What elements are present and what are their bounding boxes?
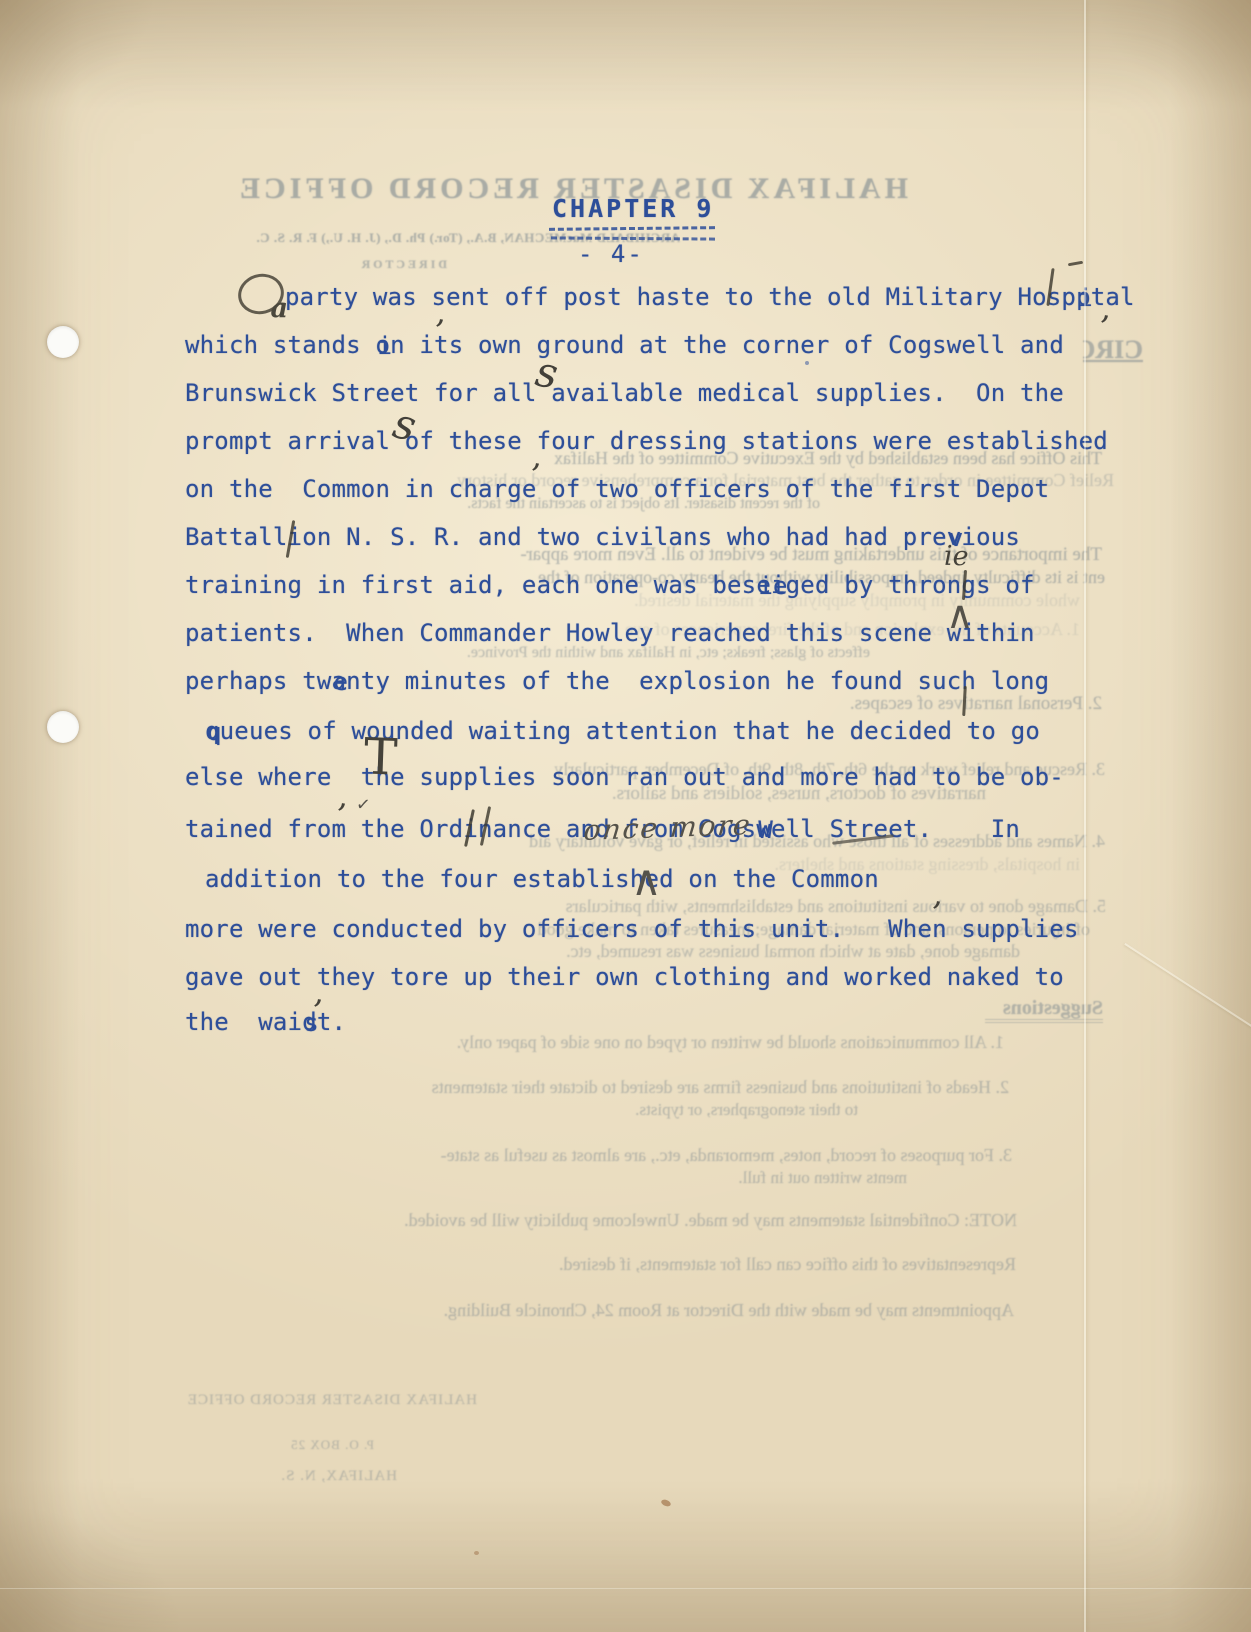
bleed-through-line: Appointments may be made with the Direct… <box>222 1301 1014 1321</box>
chapter-heading: CHAPTER 9 <box>552 194 714 223</box>
bleed-list-item: 2. Personal narratives of escapes. <box>700 694 1102 715</box>
handwritten-dash <box>1068 261 1083 267</box>
typed-line: Brunswick Street for all available medic… <box>185 379 1064 407</box>
typed-text: tained from the Ord <box>185 815 463 843</box>
typed-text: Battallion N. S. R. and two civilans who… <box>185 523 947 551</box>
bleed-circular-heading: CIRCULAR <box>1083 336 1143 365</box>
typed-text: n its own ground at the corner of Cogswe… <box>390 331 1064 359</box>
bleed-list-item: 5. Damage done to various institutions a… <box>250 897 1106 917</box>
handwritten-checkmark: ✓ <box>355 796 371 814</box>
typed-text: e <box>334 668 349 696</box>
punch-hole <box>47 711 79 743</box>
typed-text: t. <box>317 1008 346 1036</box>
typed-text: q <box>207 718 222 746</box>
typed-line: Battallion N. S. R. and two civilans who… <box>185 523 1020 551</box>
bleed-suggestion-item: 2. Heads of institutions and business fi… <box>233 1078 1009 1098</box>
paper-speck <box>660 1498 672 1507</box>
paper-speck <box>474 1551 479 1555</box>
ink-speck <box>805 361 809 365</box>
typed-text: ueues of wounded waiting attention that … <box>220 717 1040 745</box>
typed-text: ie <box>758 572 787 600</box>
typed-line: training in first aid, each one was bese… <box>185 571 1035 599</box>
typed-text: nty minutes of the explosion he found su… <box>346 667 1049 695</box>
typed-line: qqueues of wounded waiting attention tha… <box>205 717 1040 745</box>
typed-text: training in first aid, each one was bes <box>185 571 756 599</box>
struck-out-char: i <box>463 815 478 843</box>
bottom-crease <box>0 1588 1251 1589</box>
typed-text: the wai <box>185 1008 302 1036</box>
handwritten-circled-a: a <box>238 274 284 314</box>
typed-text: perhaps tw <box>185 667 332 695</box>
typed-line: patients. When Commander Howley reached … <box>185 619 1035 647</box>
bleed-suggestion-item: ments written out in full. <box>655 1169 907 1188</box>
overtyped-chars: qq <box>205 717 220 745</box>
handwritten-once-more: once more <box>582 811 753 845</box>
overtyped-chars: eiie <box>756 571 785 599</box>
bleed-suggestion-item: to their stenographers, or typists. <box>600 1101 858 1120</box>
typed-text: W <box>758 816 773 844</box>
bleed-suggestion-item: 3. For purposes of record, notes, memora… <box>230 1146 1012 1166</box>
fold-crease <box>1084 0 1086 1632</box>
typed-line: the waidst. <box>185 1008 346 1036</box>
typed-text: ged by throngs of <box>786 571 1035 599</box>
typed-text: ious <box>961 523 1020 551</box>
typed-text: i <box>377 332 392 360</box>
typed-text: party was sent off post haste to the old… <box>285 283 1076 311</box>
bleed-suggestion-item: 1. All communications should be written … <box>252 1033 1004 1053</box>
handwritten-caret: ∧ <box>631 860 662 902</box>
bleed-through-line: Representatives of this office can call … <box>380 1255 1016 1275</box>
typed-text: ell Street. In <box>771 815 1020 843</box>
document-page: HALIFAX DISASTER RECORD OFFICE ARCHIBALD… <box>0 0 1251 1632</box>
bleed-note-line: NOTE: Confidential statements may be mad… <box>225 1211 1017 1231</box>
typed-line: which stands oin its own ground at the c… <box>185 331 1064 359</box>
bleed-footer-city: HALIFAX, N. S. <box>232 1468 397 1485</box>
overtyped-chars: ds <box>302 1008 317 1036</box>
typed-text: s <box>304 1009 319 1037</box>
typed-line: prompt arrival of these four dressing st… <box>185 427 1108 455</box>
handwritten-letter: a <box>271 295 289 322</box>
handwritten-capital-t: T <box>363 731 398 782</box>
typed-line: party was sent off post haste to the old… <box>285 283 1135 311</box>
bleed-footer-pobox: P. O. BOX 25 <box>298 1438 374 1452</box>
diagonal-crease <box>1125 943 1251 1059</box>
typed-line: addition to the four established on the … <box>205 865 879 893</box>
overtyped-chars: ae <box>332 667 347 695</box>
overtyped-chars: oi <box>375 331 390 359</box>
typed-line: else where the supplies soon ran out and… <box>185 763 1064 791</box>
page-number: - 4- <box>578 240 644 268</box>
bleed-list-item: damage done, date at which normal busine… <box>320 942 1020 962</box>
punch-hole <box>47 326 79 358</box>
handwritten-caret: ∧ <box>946 596 974 634</box>
handwritten-inserted-ie: ie <box>944 543 969 570</box>
bleed-footer-office: HALIFAX DISASTER RECORD OFFICE <box>219 1392 477 1409</box>
bleed-director-label: DIRECTOR <box>355 258 447 271</box>
typed-line: perhaps twaenty minutes of the explosion… <box>185 667 1049 695</box>
typed-text: which stands <box>185 331 375 359</box>
overtyped-chars: wW <box>756 815 771 843</box>
typed-line: on the Common in charge of two officers … <box>185 475 1049 503</box>
typed-line: more were conducted by officers of this … <box>185 915 1079 943</box>
